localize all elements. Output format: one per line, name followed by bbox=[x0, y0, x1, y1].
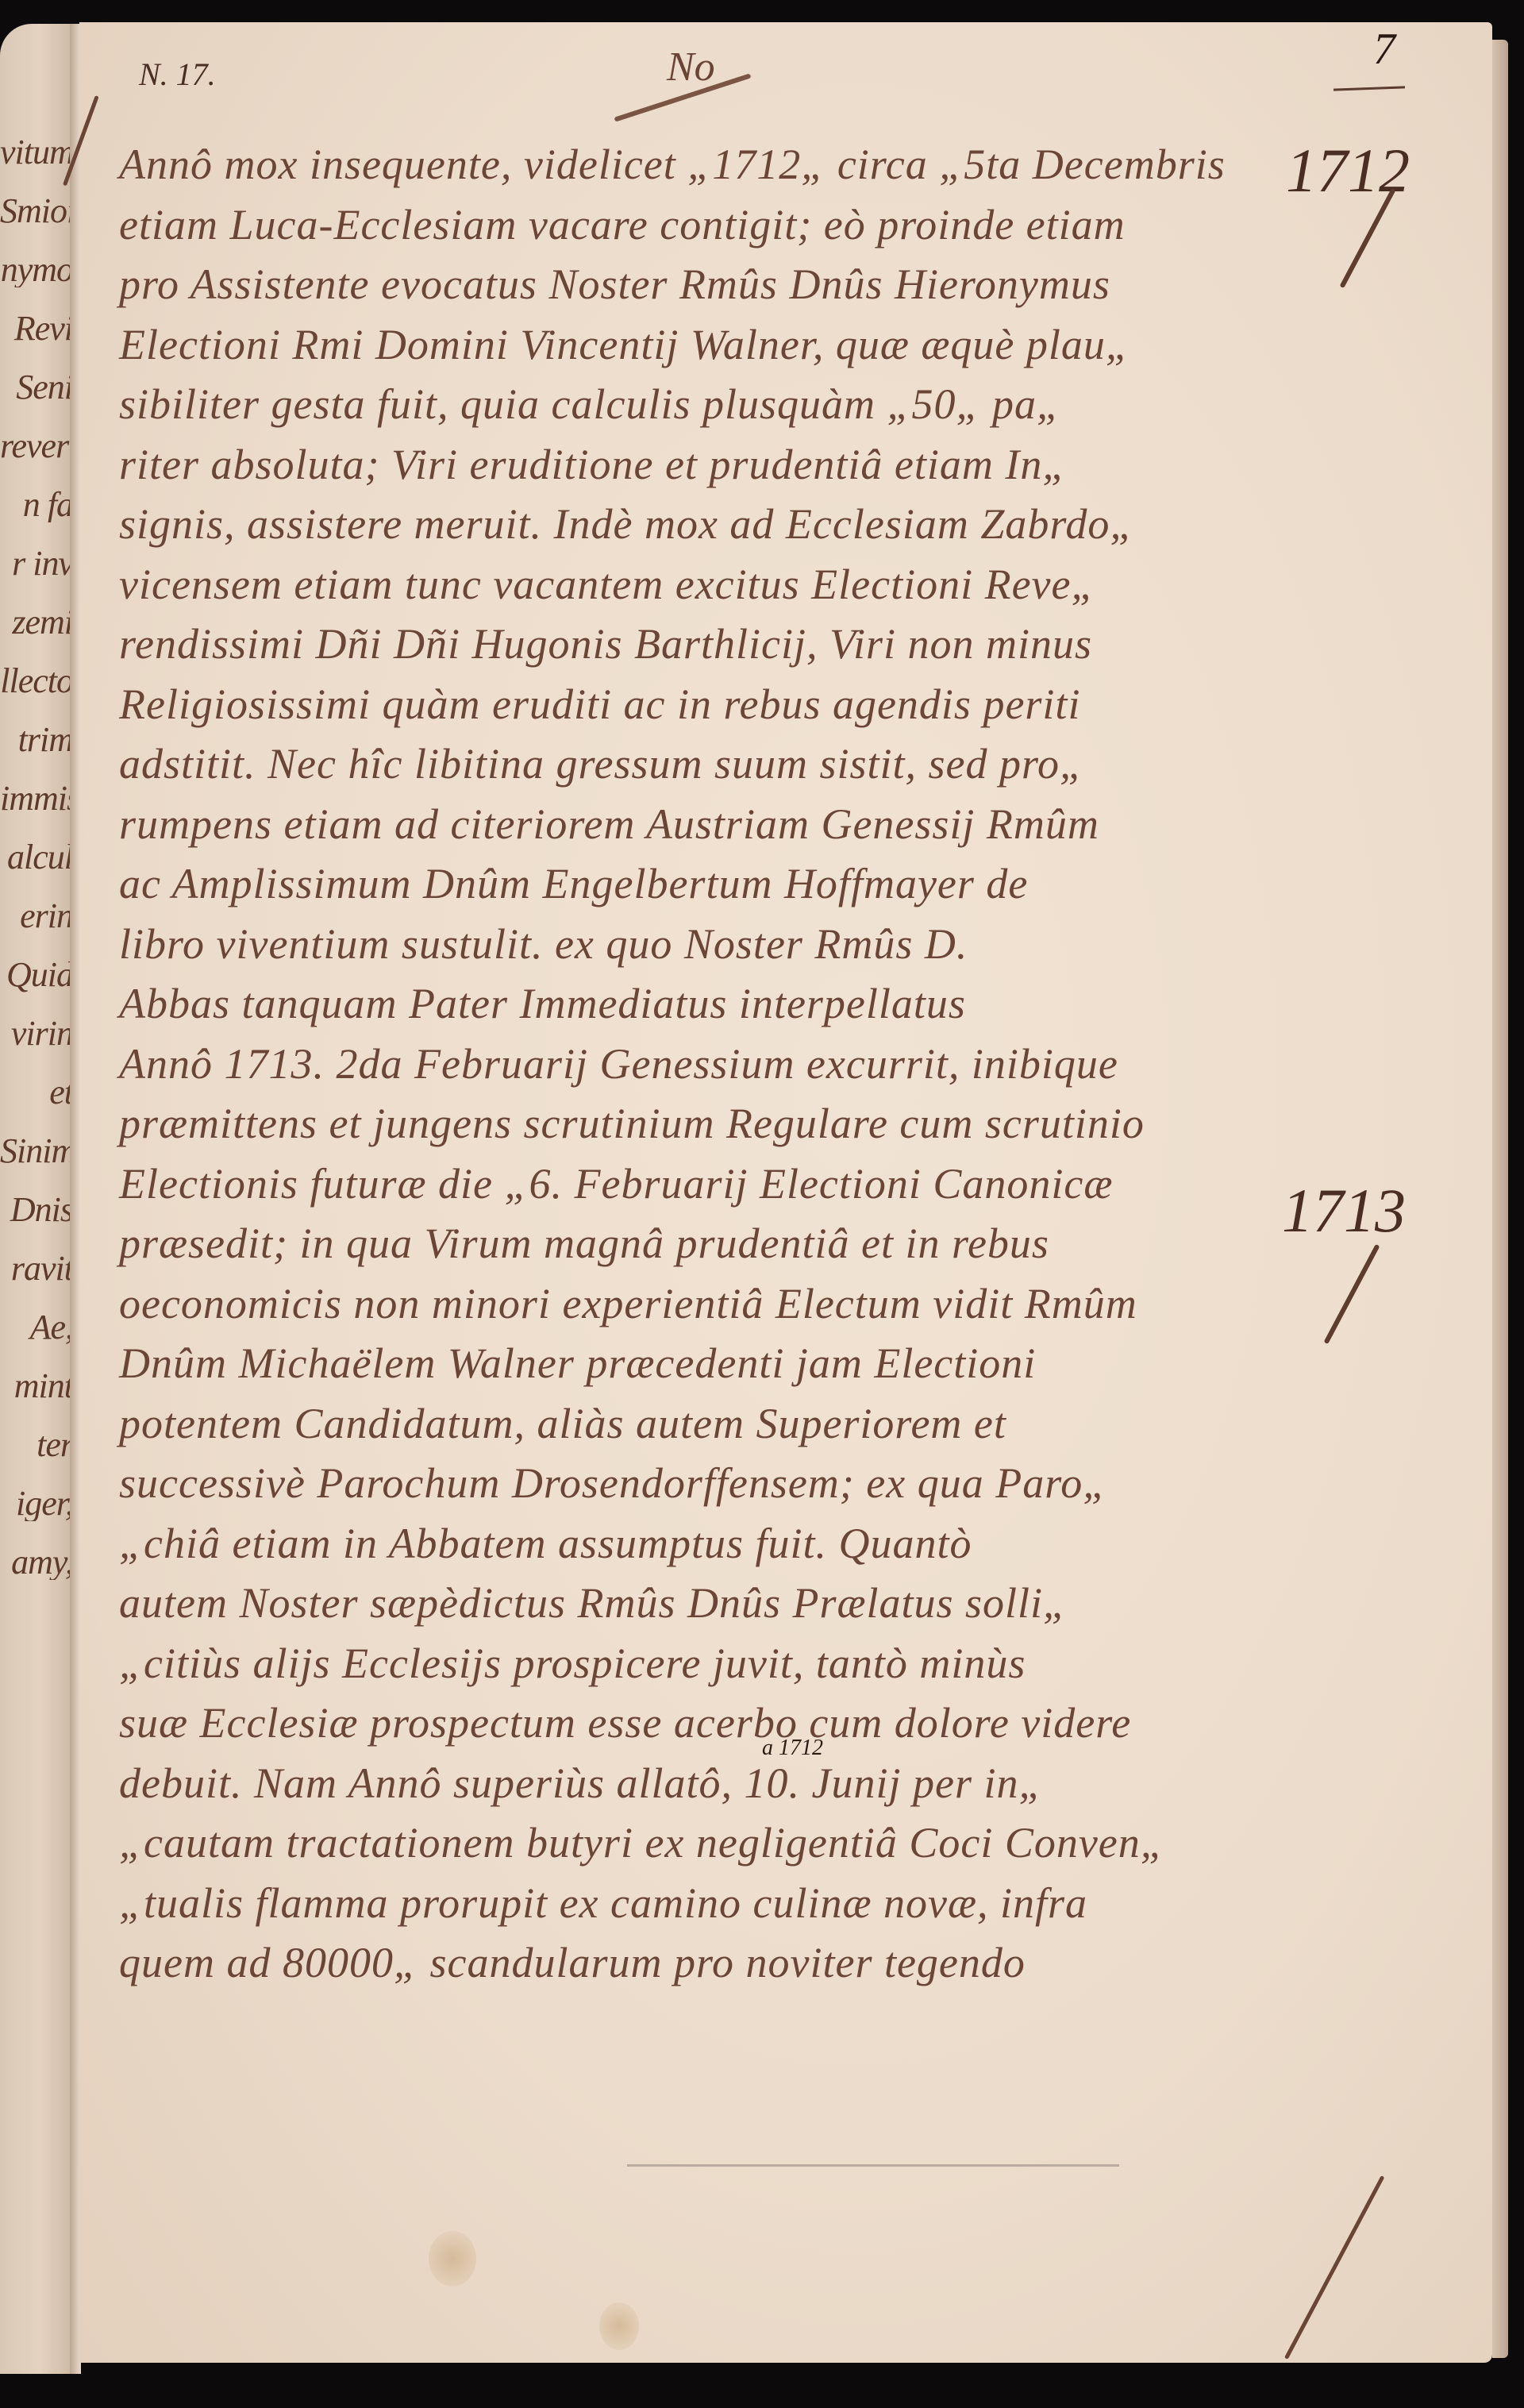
manuscript-line: signis, assistere meruit. Indè mox ad Ec… bbox=[119, 495, 1278, 555]
facing-page-fragment: iger, bbox=[0, 1486, 73, 1521]
manuscript-line: Dnûm Michaëlem Walner præcedenti jam Ele… bbox=[119, 1334, 1278, 1394]
interlinear-correction: a 1712 bbox=[762, 1736, 823, 1761]
facing-page-fragment: Revi bbox=[0, 311, 73, 346]
manuscript-line: quem ad 80000„ scandularum pro noviter t… bbox=[119, 1933, 1278, 1994]
facing-page-fragment: ter bbox=[0, 1427, 73, 1462]
facing-page-fragment: amy, bbox=[0, 1545, 73, 1580]
margin-year-1713: 1713 bbox=[1282, 1175, 1406, 1246]
paper-stain bbox=[429, 2231, 476, 2287]
facing-page-fragment: zemi bbox=[0, 605, 73, 640]
facing-page-fragment: vitum bbox=[0, 135, 73, 170]
manuscript-line: rendissimi Dñi Dñi Hugonis Barthlicij, V… bbox=[119, 615, 1278, 675]
facing-page-fragment: Ae, bbox=[0, 1310, 73, 1345]
manuscript-text: Annô mox insequente, videlicet „1712„ ci… bbox=[119, 135, 1278, 1994]
manuscript-line: debuit. Nam Annô superiùs allatô, 10. Ju… bbox=[119, 1754, 1278, 1814]
facing-page-fragment: mint bbox=[0, 1369, 73, 1404]
manuscript-line: „chiâ etiam in Abbatem assumptus fuit. Q… bbox=[119, 1514, 1278, 1574]
manuscript-line: ac Amplissimum Dnûm Engelbertum Hoffmaye… bbox=[119, 854, 1278, 915]
facing-page-fragment: Dnis bbox=[0, 1192, 73, 1227]
manuscript-line: adstitit. Nec hîc libitina gressum suum … bbox=[119, 734, 1278, 795]
page-stack-edge bbox=[1492, 40, 1508, 2358]
manuscript-line: riter absoluta; Viri eruditione et prude… bbox=[119, 435, 1278, 495]
manuscript-line: etiam Luca-Ecclesiam vacare contigit; eò… bbox=[119, 195, 1278, 256]
facing-page-fragment: trim bbox=[0, 722, 73, 757]
manuscript-line: Religiosissimi quàm eruditi ac in rebus … bbox=[119, 675, 1278, 735]
manuscript-line: potentem Candidatum, aliàs autem Superio… bbox=[119, 1394, 1278, 1454]
manuscript-line: successivè Parochum Drosendorffensem; ex… bbox=[119, 1454, 1278, 1514]
facing-page-fragment: alcul bbox=[0, 840, 73, 875]
facing-page-fragment: llecto bbox=[0, 664, 73, 699]
manuscript-line: „citiùs alijs Ecclesijs prospicere juvit… bbox=[119, 1634, 1278, 1694]
manuscript-line: „cautam tractationem butyri ex negligent… bbox=[119, 1813, 1278, 1874]
manuscript-line: Electionis futuræ die „6. Februarij Elec… bbox=[119, 1154, 1278, 1215]
manuscript-line: rumpens etiam ad citeriorem Austriam Gen… bbox=[119, 795, 1278, 855]
facing-page-fragment: Sinim bbox=[0, 1134, 73, 1169]
paper-stain bbox=[599, 2302, 639, 2350]
facing-page-fragment: virin bbox=[0, 1016, 73, 1051]
pencil-underline bbox=[627, 2164, 1119, 2167]
facing-page-edge: vitumSmioinymoReviSenireverin far invzem… bbox=[0, 24, 73, 2374]
top-left-archive-mark: N. 17. bbox=[139, 56, 216, 93]
facing-page-fragment: nymo bbox=[0, 252, 73, 287]
manuscript-line: præmittens et jungens scrutinium Regular… bbox=[119, 1094, 1278, 1154]
facing-page-fragment: immiss bbox=[0, 781, 73, 816]
manuscript-line: vicensem etiam tunc vacantem excitus Ele… bbox=[119, 555, 1278, 615]
manuscript-line: libro viventium sustulit. ex quo Noster … bbox=[119, 915, 1278, 975]
manuscript-line: sibiliter gesta fuit, quia calculis plus… bbox=[119, 375, 1278, 435]
facing-page-fragment: erin bbox=[0, 899, 73, 934]
facing-page-fragment: reveri bbox=[0, 429, 73, 464]
facing-page-fragment: Quid bbox=[0, 957, 73, 992]
manuscript-line: Electioni Rmi Domini Vincentij Walner, q… bbox=[119, 315, 1278, 376]
facing-page-fragment: ravit bbox=[0, 1251, 73, 1286]
manuscript-line: suæ Ecclesiæ prospectum esse acerbo cum … bbox=[119, 1693, 1278, 1754]
manuscript-line: autem Noster sæpèdictus Rmûs Dnûs Prælat… bbox=[119, 1574, 1278, 1634]
manuscript-line: pro Assistente evocatus Noster Rmûs Dnûs… bbox=[119, 255, 1278, 315]
facing-page-fragment: r inv bbox=[0, 546, 73, 581]
facing-page-fragment: n fa bbox=[0, 487, 73, 522]
manuscript-line: „tualis flamma prorupit ex camino culinæ… bbox=[119, 1874, 1278, 1934]
facing-page-fragment: et bbox=[0, 1075, 73, 1110]
facing-page-fragment: Seni bbox=[0, 370, 73, 405]
manuscript-line: oeconomicis non minori experientiâ Elect… bbox=[119, 1274, 1278, 1335]
manuscript-line: Annô 1713. 2da Februarij Genessium excur… bbox=[119, 1034, 1278, 1095]
manuscript-line: præsedit; in qua Virum magnâ prudentiâ e… bbox=[119, 1214, 1278, 1274]
top-center-mark: No bbox=[667, 44, 715, 91]
page-number: 7 bbox=[1373, 24, 1395, 75]
manuscript-line: Abbas tanquam Pater Immediatus interpell… bbox=[119, 974, 1278, 1034]
manuscript-line: Annô mox insequente, videlicet „1712„ ci… bbox=[119, 135, 1278, 195]
facing-page-fragment: Smioi bbox=[0, 194, 73, 229]
